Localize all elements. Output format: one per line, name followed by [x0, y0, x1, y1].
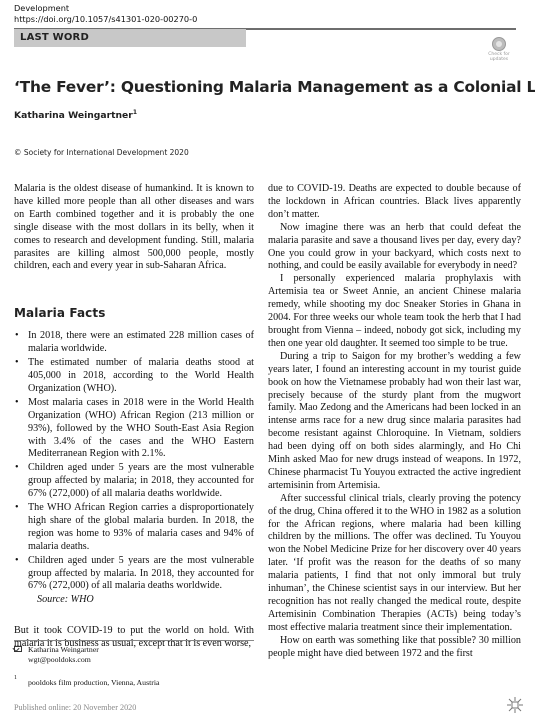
fact-item: The estimated number of malaria deaths s…: [14, 357, 254, 396]
check-for-updates-icon: [492, 37, 506, 51]
body-paragraph: I personally experienced malaria prophyl…: [268, 273, 521, 350]
envelope-icon: [14, 646, 22, 652]
right-column: due to COVID-19. Deaths are expected to …: [268, 183, 521, 661]
section-label: LAST WORD: [20, 32, 89, 43]
affiliation-number: 1: [14, 675, 17, 681]
body-paragraph: due to COVID-19. Deaths are expected to …: [268, 183, 521, 222]
article-title: ‘The Fever’: Questioning Malaria Managem…: [14, 78, 535, 96]
contact-name: Katharina Weingartner: [28, 645, 99, 655]
body-paragraph: How on earth was something like that pos…: [268, 635, 521, 661]
doi-link[interactable]: https://doi.org/10.1057/s41301-020-00270…: [14, 14, 197, 25]
body-paragraph: After successful clinical trials, clearl…: [268, 493, 521, 635]
intro-paragraph: Malaria is the oldest disease of humanki…: [14, 183, 254, 273]
facts-source: Source: WHO: [14, 594, 254, 607]
author-name: Katharina Weingartner1: [14, 109, 137, 121]
author-name-text: Katharina Weingartner: [14, 110, 133, 121]
contact-email-link[interactable]: wgt@pooldoks.com: [28, 655, 91, 665]
fact-item: In 2018, there were an estimated 228 mil…: [14, 330, 254, 356]
springer-logo-icon: [507, 697, 523, 713]
left-column: Malaria is the oldest disease of humanki…: [14, 183, 254, 651]
published-date: Published online: 20 November 2020: [14, 703, 136, 712]
journal-name: Development: [14, 3, 69, 14]
author-affiliation-mark: 1: [133, 109, 137, 116]
fact-item: Children aged under 5 years are the most…: [14, 462, 254, 501]
fact-item: The WHO African Region carries a disprop…: [14, 502, 254, 554]
affiliation-text: pooldoks film production, Vienna, Austri…: [28, 678, 160, 687]
facts-list: In 2018, there were an estimated 228 mil…: [14, 330, 254, 593]
fact-item: Children aged under 5 years are the most…: [14, 555, 254, 594]
body-paragraph: Now imagine there was an herb that could…: [268, 222, 521, 274]
footnote-rule: [14, 640, 254, 641]
copyright-notice: © Society for International Development …: [14, 148, 189, 157]
body-paragraph: During a trip to Saigon for my brother’s…: [268, 351, 521, 493]
check-for-updates-button[interactable]: Check for updates: [482, 35, 516, 67]
check-for-updates-label: Check for updates: [482, 52, 516, 62]
fact-item: Most malaria cases in 2018 were in the W…: [14, 397, 254, 462]
facts-heading: Malaria Facts: [14, 307, 254, 320]
